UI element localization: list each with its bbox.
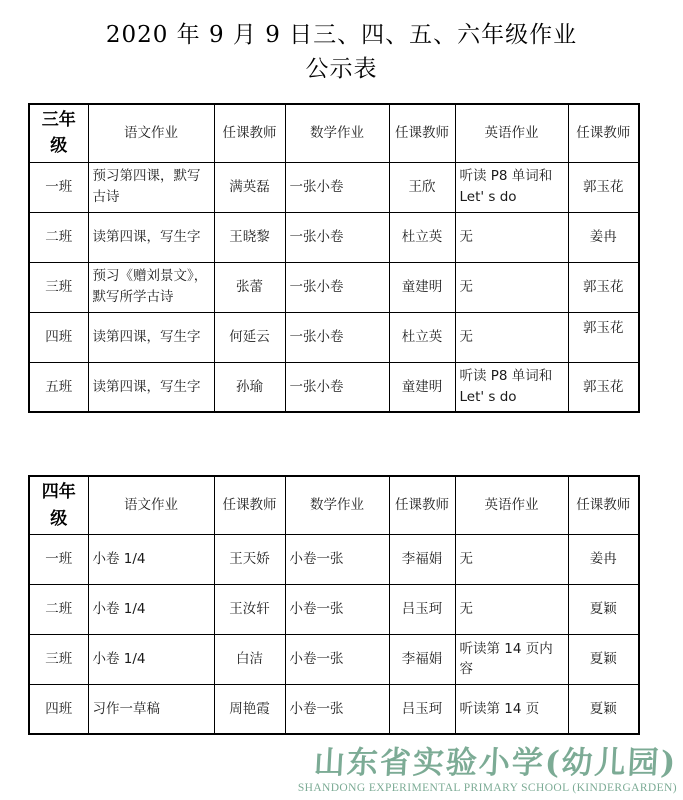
table-cell: 杜立英 <box>389 212 455 262</box>
table-cell: 杜立英 <box>389 312 455 362</box>
table-cell: 姜冉 <box>568 212 639 262</box>
header-row: 四年级语文作业任课教师数学作业任课教师英语作业任课教师 <box>29 476 639 534</box>
table-cell: 无 <box>455 262 568 312</box>
document-page: 2020 年 9 月 9 日三、四、五、六年级作业 公示表 三年级语文作业任课教… <box>0 0 683 800</box>
table-row: 四班习作一草稿周艳霞小卷一张吕玉珂听读第 14 页夏颖 <box>29 684 639 734</box>
table-cell: 王汝轩 <box>214 584 285 634</box>
table-cell: 读第四课，写生字 <box>88 362 214 412</box>
table-cell: 郭玉花 <box>568 262 639 312</box>
table-cell: 李福娟 <box>389 534 455 584</box>
table-cell: 一张小卷 <box>285 212 389 262</box>
header-row: 三年级语文作业任课教师数学作业任课教师英语作业任课教师 <box>29 104 639 162</box>
class-name-cell: 四班 <box>29 684 88 734</box>
table-cell: 无 <box>455 312 568 362</box>
column-header-cell: 英语作业 <box>455 104 568 162</box>
class-name-cell: 一班 <box>29 162 88 212</box>
table-cell: 夏颖 <box>568 684 639 734</box>
table-cell: 夏颖 <box>568 634 639 684</box>
table-cell: 满英磊 <box>214 162 285 212</box>
page-title: 2020 年 9 月 9 日三、四、五、六年级作业 公示表 <box>0 0 683 86</box>
table-cell: 王晓黎 <box>214 212 285 262</box>
column-header-cell: 语文作业 <box>88 104 214 162</box>
school-logo: 山东省实验小学(幼儿园) SHANDONG EXPERIMENTAL PRIMA… <box>298 745 677 794</box>
table-row: 二班小卷 1/4王汝轩小卷一张吕玉珂无夏颖 <box>29 584 639 634</box>
table-cell: 预习第四课，默写古诗 <box>88 162 214 212</box>
table-row: 一班预习第四课，默写古诗满英磊一张小卷王欣听读 P8 单词和 Let' s do… <box>29 162 639 212</box>
class-name-cell: 三班 <box>29 262 88 312</box>
column-header-cell: 任课教师 <box>214 104 285 162</box>
table-cell: 张蕾 <box>214 262 285 312</box>
table-cell: 听读第 14 页内容 <box>455 634 568 684</box>
table-cell: 听读第 14 页 <box>455 684 568 734</box>
table-cell: 小卷一张 <box>285 534 389 584</box>
table-cell: 小卷一张 <box>285 634 389 684</box>
table-cell: 郭玉花 <box>568 312 639 362</box>
table-cell: 童建明 <box>389 262 455 312</box>
column-header-cell: 语文作业 <box>88 476 214 534</box>
table-cell: 郭玉花 <box>568 362 639 412</box>
column-header-cell: 任课教师 <box>214 476 285 534</box>
table-cell: 听读 P8 单词和 Let' s do <box>455 362 568 412</box>
table-row: 一班小卷 1/4王天娇小卷一张李福娟无姜冉 <box>29 534 639 584</box>
column-header-cell: 任课教师 <box>568 476 639 534</box>
table-cell: 读第四课，写生字 <box>88 212 214 262</box>
table-cell: 姜冉 <box>568 534 639 584</box>
table-row: 五班读第四课，写生字孙瑜一张小卷童建明听读 P8 单词和 Let' s do郭玉… <box>29 362 639 412</box>
table-cell: 无 <box>455 212 568 262</box>
table-cell: 一张小卷 <box>285 312 389 362</box>
table-cell: 一张小卷 <box>285 262 389 312</box>
column-header-cell: 数学作业 <box>285 476 389 534</box>
table-cell: 小卷 1/4 <box>88 584 214 634</box>
table-cell: 何延云 <box>214 312 285 362</box>
table-cell: 吕玉珂 <box>389 684 455 734</box>
table-cell: 读第四课，写生字 <box>88 312 214 362</box>
grade3-homework-table: 三年级语文作业任课教师数学作业任课教师英语作业任课教师一班预习第四课，默写古诗满… <box>28 103 640 413</box>
table-row: 三班预习《赠刘景文》，默写所学古诗张蕾一张小卷童建明无郭玉花 <box>29 262 639 312</box>
table-row: 四班读第四课，写生字何延云一张小卷杜立英无郭玉花 <box>29 312 639 362</box>
table-cell: 一张小卷 <box>285 362 389 412</box>
table-cell: 无 <box>455 584 568 634</box>
column-header-cell: 数学作业 <box>285 104 389 162</box>
table-cell: 预习《赠刘景文》，默写所学古诗 <box>88 262 214 312</box>
table-cell: 周艳霞 <box>214 684 285 734</box>
table-cell: 夏颖 <box>568 584 639 634</box>
table-cell: 王天娇 <box>214 534 285 584</box>
table-cell: 小卷一张 <box>285 584 389 634</box>
table-cell: 小卷 1/4 <box>88 534 214 584</box>
table-cell: 无 <box>455 534 568 584</box>
table-cell: 王欣 <box>389 162 455 212</box>
table-row: 二班读第四课，写生字王晓黎一张小卷杜立英无姜冉 <box>29 212 639 262</box>
table-cell: 童建明 <box>389 362 455 412</box>
school-logo-english: SHANDONG EXPERIMENTAL PRIMARY SCHOOL (KI… <box>298 782 677 794</box>
table-cell: 习作一草稿 <box>88 684 214 734</box>
table-cell: 听读 P8 单词和 Let' s do <box>455 162 568 212</box>
grade4-homework-table: 四年级语文作业任课教师数学作业任课教师英语作业任课教师一班小卷 1/4王天娇小卷… <box>28 475 640 735</box>
page-title-line2: 公示表 <box>0 52 683 86</box>
table-cell: 郭玉花 <box>568 162 639 212</box>
grade-header-cell: 三年级 <box>29 104 88 162</box>
table-cell: 白洁 <box>214 634 285 684</box>
table-cell: 小卷 1/4 <box>88 634 214 684</box>
class-name-cell: 一班 <box>29 534 88 584</box>
grade-header-cell: 四年级 <box>29 476 88 534</box>
column-header-cell: 英语作业 <box>455 476 568 534</box>
table-cell: 小卷一张 <box>285 684 389 734</box>
table-cell: 李福娟 <box>389 634 455 684</box>
column-header-cell: 任课教师 <box>389 476 455 534</box>
table-row: 三班小卷 1/4白洁小卷一张李福娟听读第 14 页内容夏颖 <box>29 634 639 684</box>
class-name-cell: 二班 <box>29 584 88 634</box>
class-name-cell: 二班 <box>29 212 88 262</box>
school-logo-chinese: 山东省实验小学(幼儿园) <box>297 745 678 782</box>
column-header-cell: 任课教师 <box>568 104 639 162</box>
page-title-line1: 2020 年 9 月 9 日三、四、五、六年级作业 <box>0 18 683 52</box>
class-name-cell: 四班 <box>29 312 88 362</box>
column-header-cell: 任课教师 <box>389 104 455 162</box>
table-cell: 吕玉珂 <box>389 584 455 634</box>
class-name-cell: 三班 <box>29 634 88 684</box>
class-name-cell: 五班 <box>29 362 88 412</box>
table-cell: 一张小卷 <box>285 162 389 212</box>
table-cell: 孙瑜 <box>214 362 285 412</box>
